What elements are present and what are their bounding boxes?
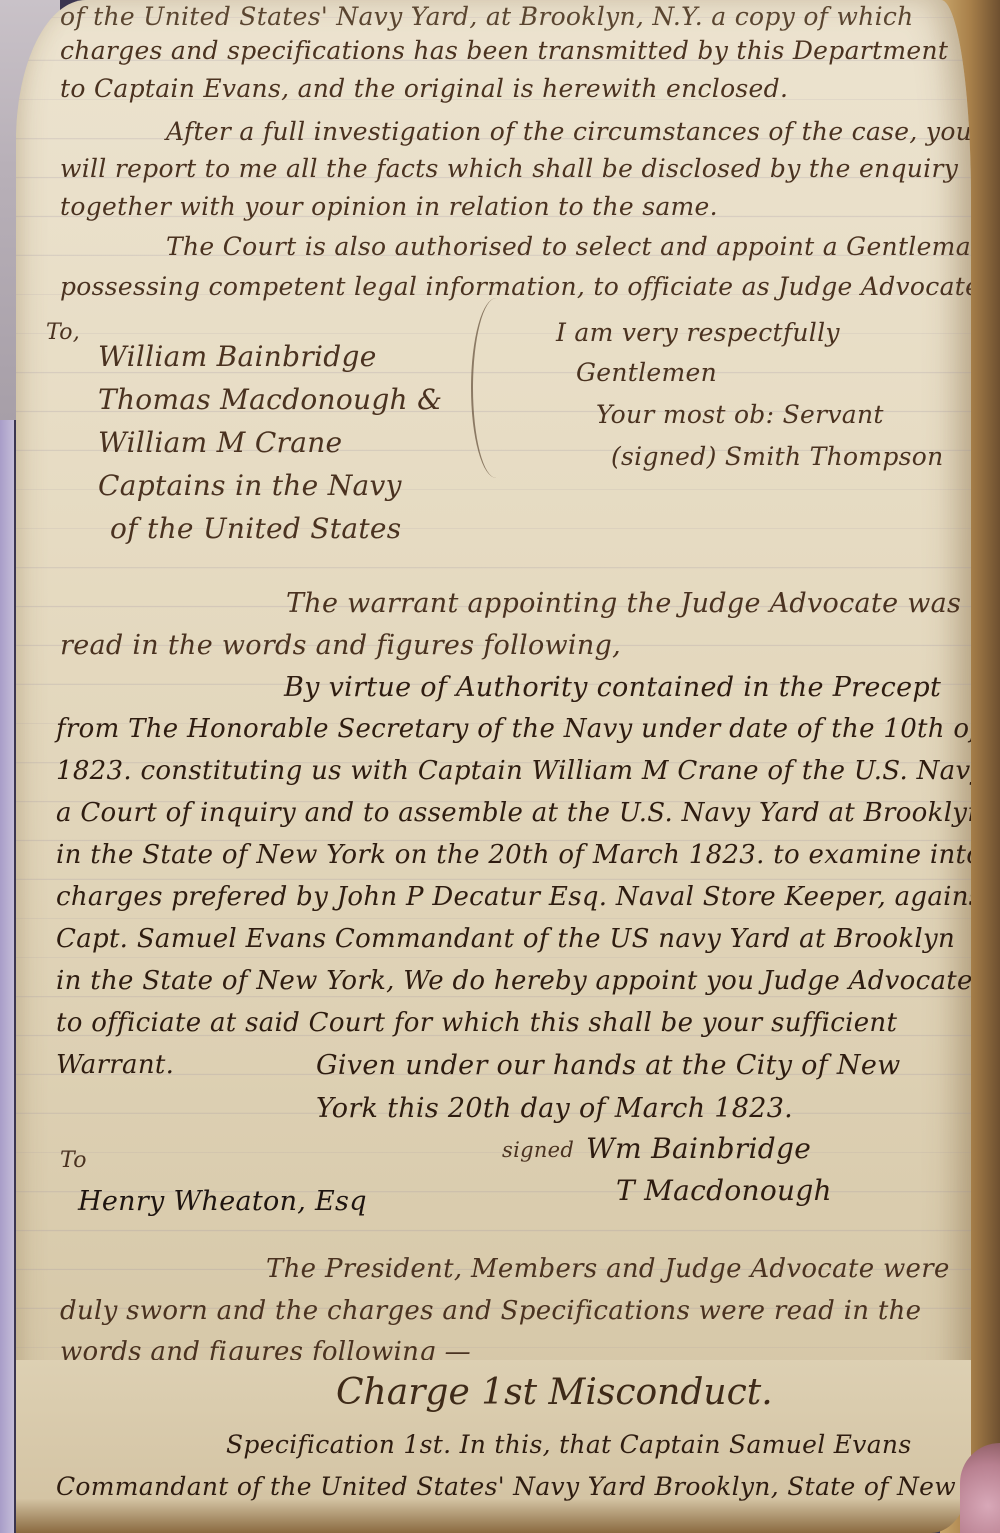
recipient-name: William Bainbridge (98, 340, 377, 373)
text-line: Specification 1st. In this, that Captain… (226, 1430, 911, 1459)
text-line: By virtue of Authority contained in the … (284, 672, 941, 703)
recipient-title: of the United States (110, 512, 401, 545)
text-line: will report to me all the facts which sh… (60, 154, 958, 183)
text-line: duly sworn and the charges and Specifica… (60, 1296, 921, 1326)
text-line: 1823. constituting us with Captain Willi… (56, 756, 971, 786)
recipient-name: William M Crane (98, 426, 342, 459)
text-line: possessing competent legal information, … (60, 272, 971, 301)
text-line: read in the words and figures following, (60, 630, 621, 661)
text-line: York this 20th day of March 1823. (316, 1093, 793, 1124)
signed-label: signed (502, 1138, 574, 1162)
text-line: The Court is also authorised to select a… (166, 232, 971, 261)
text-line: together with your opinion in relation t… (60, 192, 718, 221)
text-line: a Court of inquiry and to assemble at th… (56, 798, 971, 828)
text-line: The warrant appointing the Judge Advocat… (286, 588, 961, 619)
text-line: of the United States' Navy Yard, at Broo… (60, 2, 914, 31)
text-line: in the State of New York on the 20th of … (56, 840, 971, 870)
charge-heading: Charge 1st Misconduct. (336, 1372, 773, 1413)
text-line: Given under our hands at the City of New (316, 1050, 901, 1081)
addressee-name: Henry Wheaton, Esq (78, 1186, 367, 1217)
brace-glyph (471, 298, 513, 478)
text-line: charges and specifications has been tran… (60, 36, 948, 65)
to-label: To (60, 1148, 87, 1173)
page-bottom: Charge 1st Misconduct. Specification 1st… (16, 1360, 971, 1533)
text-line: The President, Members and Judge Advocat… (266, 1254, 950, 1284)
backdrop-edge (0, 420, 14, 1533)
text-line: to officiate at said Court for which thi… (56, 1008, 897, 1038)
signature-name: T Macdonough (616, 1174, 832, 1207)
text-line: Warrant. (56, 1050, 174, 1080)
closing-line: Gentlemen (576, 358, 717, 387)
recipient-title: Captains in the Navy (98, 469, 402, 502)
text-line: charges prefered by John P Decatur Esq. … (56, 882, 971, 912)
closing-line: Your most ob: Servant (596, 400, 884, 429)
text-line: in the State of New York, We do hereby a… (56, 966, 971, 996)
text-line: Commandant of the United States' Navy Ya… (56, 1472, 956, 1501)
text-line: Capt. Samuel Evans Commandant of the US … (56, 924, 955, 954)
text-line: to Captain Evans, and the original is he… (60, 74, 788, 103)
closing-line: I am very respectfully (556, 318, 840, 347)
to-label: To, (46, 320, 80, 345)
signature-line: (signed) Smith Thompson (611, 442, 944, 471)
recipient-name: Thomas Macdonough & (98, 383, 442, 416)
text-line: After a full investigation of the circum… (166, 117, 971, 146)
text-line: from The Honorable Secretary of the Navy… (56, 714, 971, 744)
signature-name: Wm Bainbridge (586, 1132, 811, 1165)
manuscript-page: of the United States' Navy Yard, at Broo… (16, 0, 971, 1525)
